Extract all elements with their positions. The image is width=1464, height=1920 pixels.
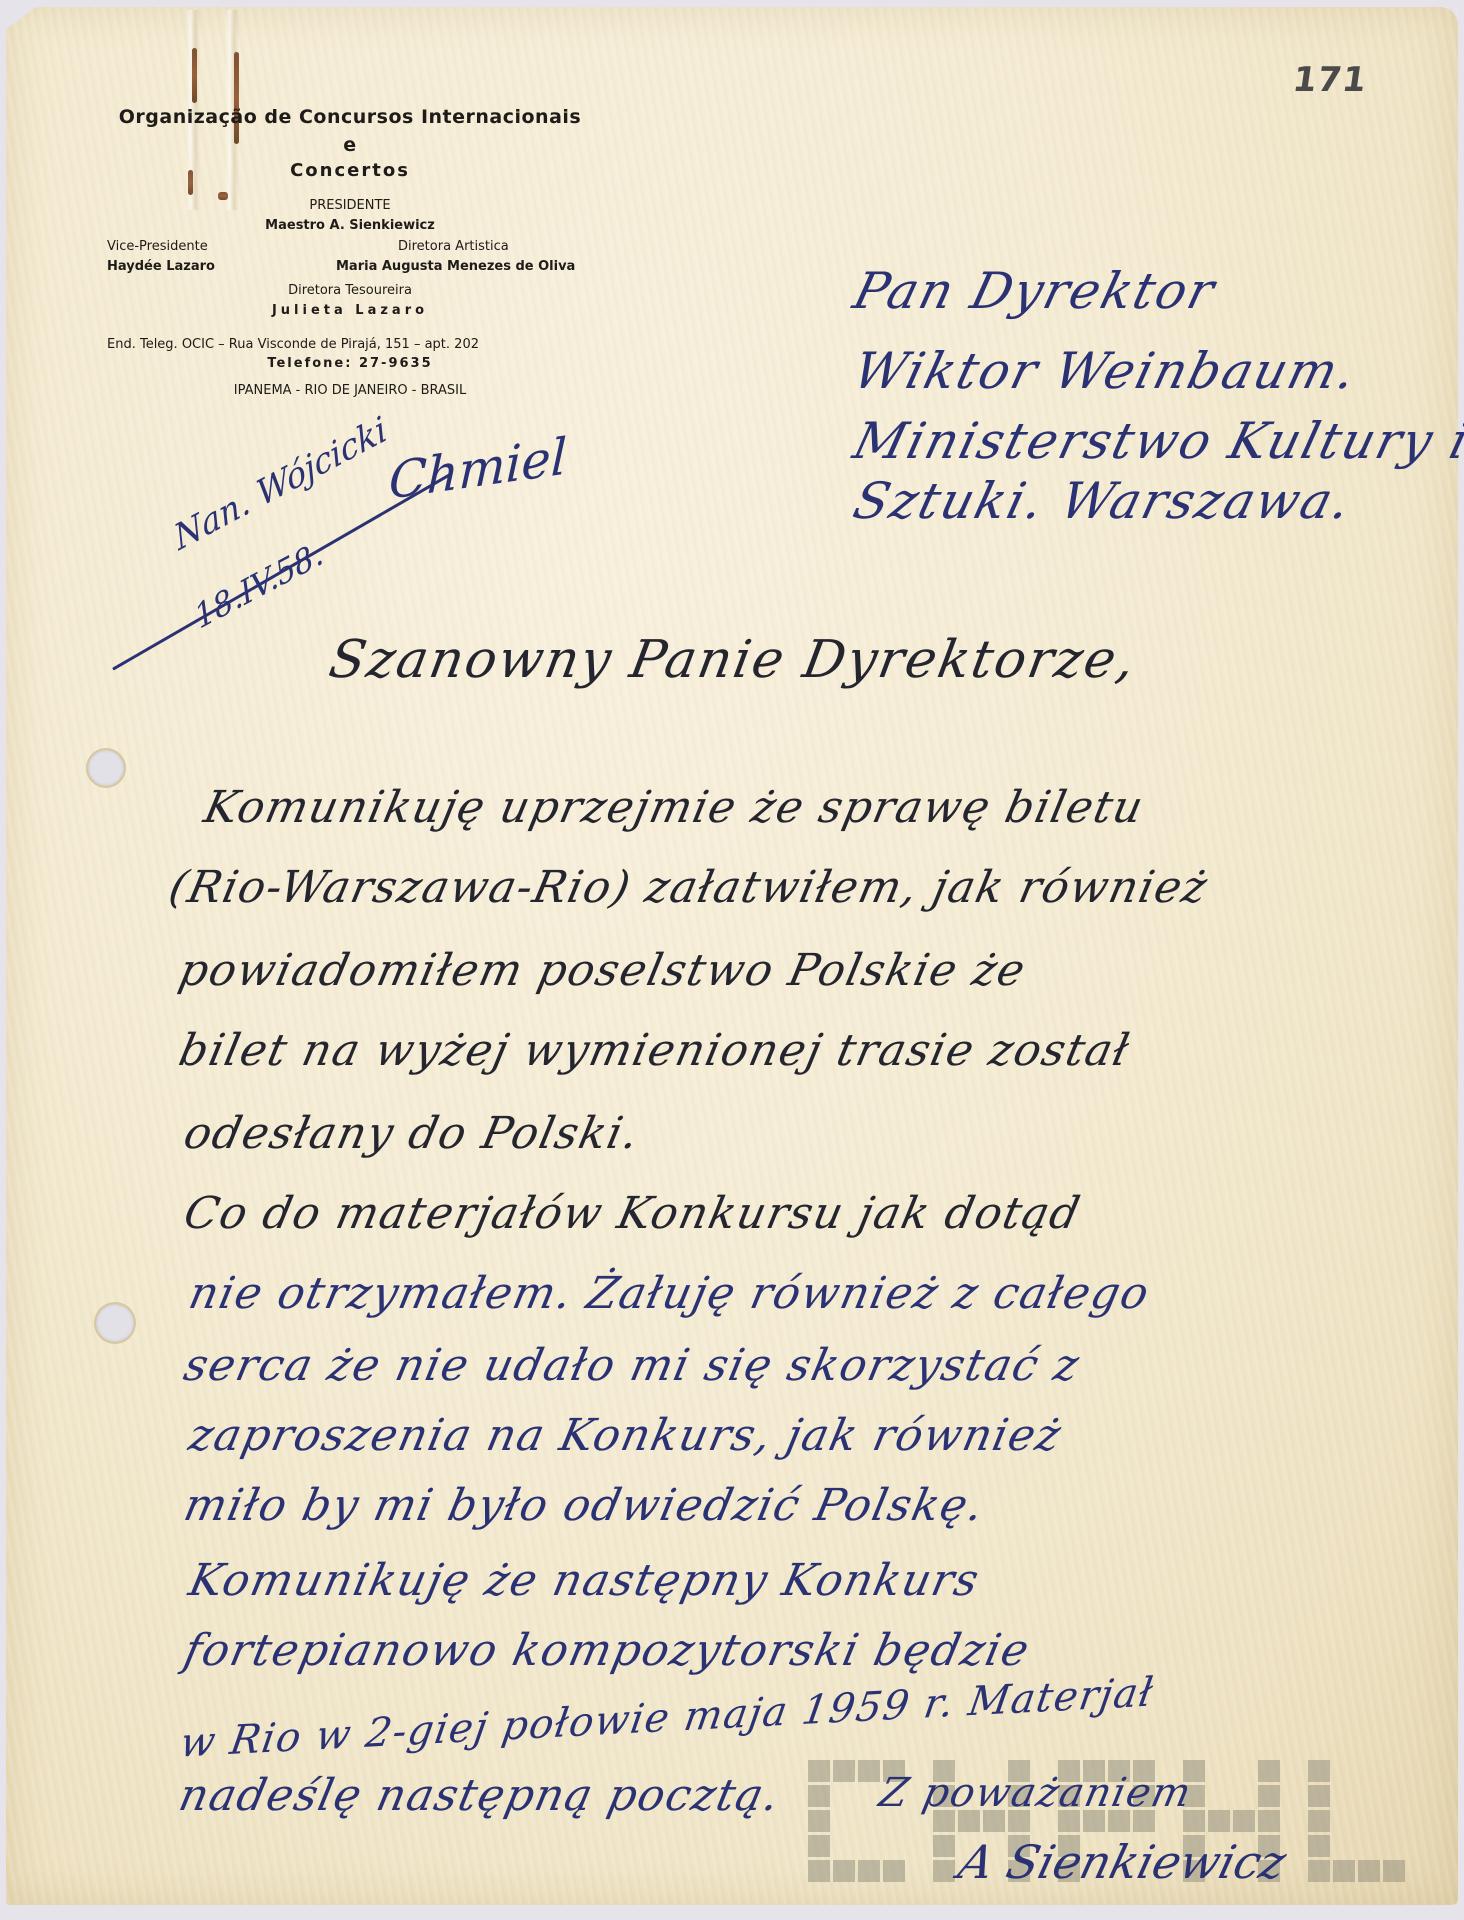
body-line: Komunikuję że następny Konkurs (185, 1555, 985, 1606)
greeting: Szanowny Panie Dyrektorze, (325, 630, 1141, 690)
watermark-cell (858, 1860, 880, 1882)
body-line: (Rio-Warszawa-Rio) załatwiłem, jak równi… (165, 862, 1213, 913)
rust-stain (192, 48, 197, 103)
address-line: End. Teleg. OCIC – Rua Visconde de Piraj… (107, 337, 479, 352)
artistic-director-title: Diretora Artistica (398, 239, 509, 254)
artistic-director-name: Maria Augusta Menezes de Oliva (336, 259, 575, 274)
body-line: fortepianowo kompozytorski będzie (180, 1625, 1035, 1676)
watermark-cell (883, 1860, 905, 1882)
watermark-cell (1308, 1760, 1330, 1782)
watermark-cell (808, 1810, 830, 1832)
recipient-line: Pan Dyrektor (848, 262, 1222, 320)
location-line: IPANEMA - RIO DE JANEIRO - BRASIL (234, 383, 466, 398)
recipient-line: Sztuki. Warszawa. (848, 472, 1359, 530)
watermark-cell (1308, 1785, 1330, 1807)
signature: A Sienkiewicz (953, 1835, 1291, 1889)
rust-stain (234, 52, 239, 144)
watermark-cell (1308, 1835, 1330, 1857)
body-line: nie otrzymałem. Żałuję również z całego (185, 1268, 1155, 1319)
treasurer-name: Julieta Lazaro (272, 303, 428, 318)
watermark-cell (1258, 1760, 1280, 1782)
closing: Z poważaniem (875, 1770, 1196, 1816)
recipient-line: Wiktor Weinbaum. (848, 342, 1364, 400)
president-name: Maestro A. Sienkiewicz (265, 218, 435, 233)
body-line: serca że nie udało mi się skorzystać z (180, 1340, 1085, 1391)
watermark-cell (808, 1785, 830, 1807)
body-line: powiadomiłem poselstwo Polskie że (175, 945, 1031, 996)
watermark-cell (1308, 1810, 1330, 1832)
rust-stain (218, 192, 228, 200)
org-name-line3: Concertos (290, 160, 410, 181)
watermark-cell (1208, 1810, 1230, 1832)
body-line: Co do materjałów Konkursu jak dotąd (180, 1188, 1086, 1239)
watermark-cell (808, 1760, 830, 1782)
treasurer-title: Diretora Tesoureira (288, 283, 412, 298)
watermark-cell (1358, 1860, 1380, 1882)
watermark-cell (933, 1860, 955, 1882)
watermark-cell (1258, 1785, 1280, 1807)
vice-president-title: Vice-Presidente (107, 239, 208, 254)
page-number: 171 (1290, 60, 1370, 100)
watermark-cell (1233, 1810, 1255, 1832)
punch-hole (88, 750, 124, 786)
watermark-cell (933, 1835, 955, 1857)
vice-president-name: Haydée Lazaro (107, 259, 215, 274)
phone-line: Telefone: 27-9635 (267, 356, 432, 371)
watermark-cell (1383, 1860, 1405, 1882)
watermark-cell (1258, 1810, 1280, 1832)
punch-hole (96, 1304, 134, 1342)
body-line: odesłany do Polski. (180, 1108, 645, 1159)
watermark-cell (1333, 1860, 1355, 1882)
body-line: zaproszenia na Konkurs, jak również (185, 1410, 1067, 1461)
body-line: Komunikuję uprzejmie że sprawę biletu (200, 782, 1149, 833)
watermark-cell (808, 1860, 830, 1882)
recipient-line: Ministerstwo Kultury i (848, 412, 1464, 470)
president-title: PRESIDENTE (309, 198, 390, 213)
body-line: miło by mi było odwiedzić Polskę. (180, 1480, 990, 1531)
watermark-cell (833, 1760, 855, 1782)
org-name-line1: Organização de Concursos Internacionais (119, 106, 581, 128)
body-line: nadeślę następną pocztą. (175, 1770, 785, 1821)
rust-stain (188, 170, 193, 195)
body-line: bilet na wyżej wymienionej trasie został (175, 1025, 1135, 1076)
watermark-cell (808, 1835, 830, 1857)
org-name-line2: e (343, 134, 356, 156)
watermark-cell (1308, 1860, 1330, 1882)
watermark-cell (833, 1860, 855, 1882)
watermark-cell (858, 1760, 880, 1782)
